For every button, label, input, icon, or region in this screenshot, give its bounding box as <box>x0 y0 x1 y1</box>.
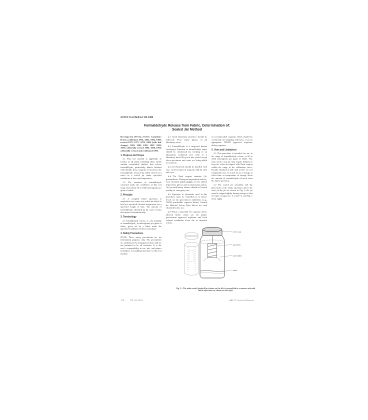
figure-caption: Fig. 1—The wide mouth (sealed) jar shown… <box>176 287 257 292</box>
page-content: AATCC Test Method 112-1993 Formaldehyde … <box>114 112 260 310</box>
footer-manual-name: AATCC Technical Manual <box>229 299 253 302</box>
label-water: water <box>233 269 238 272</box>
section-heading-purpose: 1. Purpose and Scope <box>121 154 162 157</box>
paragraph: 5.2 The sealed jar assembly and the plac… <box>212 184 253 201</box>
footer-left: 178 TM 112-1993 <box>121 299 149 302</box>
page-title: Formaldehyde Release from Fabric, Determ… <box>114 124 260 132</box>
footer-method-number: TM 112-1993 <box>130 299 142 302</box>
paragraph: 4.3 All chemicals should be handled with… <box>166 166 207 174</box>
safety-note-paragraph: NOTE: These safety precautions are for i… <box>121 236 162 255</box>
paragraph: 4.2 Formaldehyde is a suspected human ca… <box>166 145 207 164</box>
jar-apparatus-drawing: screw cap specimen wire holder water <box>179 226 257 286</box>
column-right: of recommended exposure limits should be… <box>212 136 253 224</box>
page-footer: 178 TM 112-1993 AATCC Technical Manual <box>121 299 254 302</box>
paragraph: 5.1 This procedure is intended for use i… <box>212 152 253 182</box>
exploded-jar-sketch <box>185 233 199 276</box>
paragraph: of recommended exposure limits should be… <box>212 136 253 147</box>
paragraph: 4.4 The Nash reagent contains 2,4-pentan… <box>166 175 207 192</box>
paragraph: 2.1 A weighed fabric specimen is suspend… <box>121 197 162 214</box>
label-screw-cap: screw cap <box>233 231 241 233</box>
column-left: Developed in 1973 by AATCC Committee RA5… <box>121 136 162 298</box>
section-heading-principle: 2. Principle <box>121 194 162 197</box>
paragraph: 1.2 The amounts of formaldehyde extracte… <box>121 181 162 192</box>
running-header: AATCC Test Method 112-1993 <box>121 116 154 119</box>
column-middle: 4.1 Good laboratory practices should be … <box>166 136 207 228</box>
section-heading-terminology: 3. Terminology <box>121 216 162 219</box>
label-specimen: specimen <box>233 244 241 246</box>
viewer-canvas: AATCC Test Method 112-1993 Formaldehyde … <box>0 0 368 420</box>
paragraph: 4.1 Good laboratory practices should be … <box>166 136 207 144</box>
assembled-jar <box>200 227 225 278</box>
section-heading-uses: 5. Uses and Limitations <box>212 148 253 151</box>
section-heading-safety: 4. Safety Precautions <box>121 232 162 235</box>
footer-page-number: 178 <box>121 299 125 302</box>
paragraph: 4.5 Exposure to chemicals used in this p… <box>166 193 207 210</box>
label-wire-holder: wire holder <box>233 255 242 257</box>
history-paragraph: Developed in 1973 by AATCC Committee RA5… <box>121 136 162 153</box>
figure-jar-diagram: screw cap specimen wire holder water <box>179 226 257 286</box>
scanned-document-page: AATCC Test Method 112-1993 Formaldehyde … <box>114 112 260 310</box>
paragraph: 4.6 Where a potential for exposure above… <box>166 211 207 225</box>
title-line-2: Sealed Jar Method <box>114 127 260 131</box>
paragraph: 3.1 formaldehyde release, n.—the quantit… <box>121 219 162 230</box>
paragraph: 1.1 This test method is applicable to te… <box>121 158 162 180</box>
figure-labels: screw cap specimen wire holder water <box>233 231 242 272</box>
